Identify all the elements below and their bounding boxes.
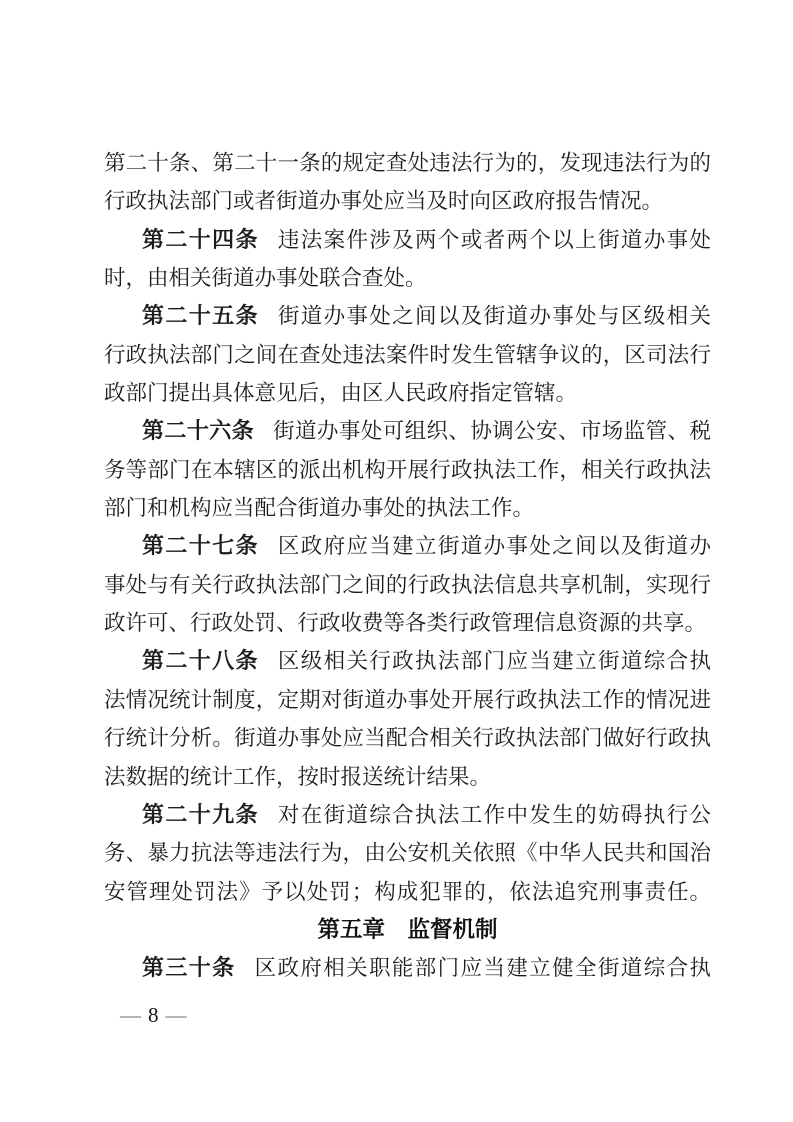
text-line: 第二十五条街道办事处之间以及街道办事处与区级相关 bbox=[104, 297, 711, 335]
line-text: 时，由相关街道办事处联合查处。 bbox=[104, 266, 427, 290]
chapter-heading-text: 第五章 监督机制 bbox=[317, 917, 497, 942]
line-text: 违法案件涉及两个或者两个以上街道办事处 bbox=[278, 228, 711, 252]
line-text: 街道办事处之间以及街道办事处与区级相关 bbox=[278, 304, 711, 328]
article-number: 第二十五条 bbox=[142, 303, 259, 328]
line-text: 区级相关行政执法部门应当建立街道综合执 bbox=[278, 649, 711, 673]
text-line: 事处与有关行政执法部门之间的行政执法信息共享机制，实现行 bbox=[104, 566, 711, 604]
footer-dash-right: — bbox=[166, 1003, 187, 1027]
page-number: 8 bbox=[148, 1003, 159, 1027]
text-line: 行政执法部门或者街道办事处应当及时向区政府报告情况。 bbox=[104, 182, 711, 220]
text-line: 安管理处罚法》予以处罚；构成犯罪的，依法追究刑事责任。 bbox=[104, 873, 711, 911]
line-text: 事处与有关行政执法部门之间的行政执法信息共享机制，实现行 bbox=[104, 573, 711, 597]
footer-dash-left: — bbox=[120, 1003, 141, 1027]
text-line: 第二十四条违法案件涉及两个或者两个以上街道办事处 bbox=[104, 221, 711, 259]
chapter-heading: 第五章 监督机制 bbox=[104, 911, 711, 949]
line-text: 行政执法部门之间在查处违法案件时发生管辖争议的，区司法行 bbox=[104, 343, 711, 367]
article-number: 第二十七条 bbox=[142, 533, 259, 558]
article-number: 第二十八条 bbox=[142, 648, 259, 673]
text-line: 第二十六条街道办事处可组织、协调公安、市场监管、税 bbox=[104, 412, 711, 450]
article-number: 第二十九条 bbox=[142, 802, 259, 827]
line-text: 法数据的统计工作，按时报送统计结果。 bbox=[104, 765, 491, 789]
line-text: 第二十条、第二十一条的规定查处违法行为的，发现违法行为的 bbox=[104, 151, 711, 175]
line-text: 区政府应当建立街道办事处之间以及街道办 bbox=[278, 534, 711, 558]
text-line: 务、暴力抗法等违法行为，由公安机关依照《中华人民共和国治 bbox=[104, 834, 711, 872]
text-line: 第二十八条区级相关行政执法部门应当建立街道综合执 bbox=[104, 642, 711, 680]
text-line: 部门和机构应当配合街道办事处的执法工作。 bbox=[104, 489, 711, 527]
line-text: 街道办事处可组织、协调公安、市场监管、税 bbox=[273, 419, 711, 443]
text-line: 第二十九条对在街道综合执法工作中发生的妨碍执行公 bbox=[104, 796, 711, 834]
page-footer: —8— bbox=[120, 1000, 187, 1030]
document-body: 第二十条、第二十一条的规定查处违法行为的，发现违法行为的行政执法部门或者街道办事… bbox=[104, 144, 711, 988]
line-text: 安管理处罚法》予以处罚；构成犯罪的，依法追究刑事责任。 bbox=[104, 880, 711, 904]
line-text: 行政执法部门或者街道办事处应当及时向区政府报告情况。 bbox=[104, 189, 663, 213]
line-text: 行统计分析。街道办事处应当配合相关行政执法部门做好行政执 bbox=[104, 726, 711, 750]
article-number: 第三十条 bbox=[142, 955, 236, 980]
line-text: 政许可、行政处罚、行政收费等各类行政管理信息资源的共享。 bbox=[104, 611, 706, 635]
text-line: 政许可、行政处罚、行政收费等各类行政管理信息资源的共享。 bbox=[104, 604, 711, 642]
line-text: 政部门提出具体意见后，由区人民政府指定管辖。 bbox=[104, 381, 577, 405]
text-line: 行政执法部门之间在查处违法案件时发生管辖争议的，区司法行 bbox=[104, 336, 711, 374]
text-line: 时，由相关街道办事处联合查处。 bbox=[104, 259, 711, 297]
text-line: 第二十条、第二十一条的规定查处违法行为的，发现违法行为的 bbox=[104, 144, 711, 182]
text-line: 法数据的统计工作，按时报送统计结果。 bbox=[104, 758, 711, 796]
line-text: 务、暴力抗法等违法行为，由公安机关依照《中华人民共和国治 bbox=[104, 841, 711, 865]
article-number: 第二十六条 bbox=[142, 418, 254, 443]
article-number: 第二十四条 bbox=[142, 227, 259, 252]
line-text: 部门和机构应当配合街道办事处的执法工作。 bbox=[104, 496, 534, 520]
line-text: 对在街道综合执法工作中发生的妨碍执行公 bbox=[278, 803, 711, 827]
line-text: 区政府相关职能部门应当建立健全街道综合执 bbox=[255, 956, 711, 980]
text-line: 第二十七条区政府应当建立街道办事处之间以及街道办 bbox=[104, 527, 711, 565]
line-text: 法情况统计制度，定期对街道办事处开展行政执法工作的情况进 bbox=[104, 688, 711, 712]
text-line: 法情况统计制度，定期对街道办事处开展行政执法工作的情况进 bbox=[104, 681, 711, 719]
text-line: 政部门提出具体意见后，由区人民政府指定管辖。 bbox=[104, 374, 711, 412]
document-page: 第二十条、第二十一条的规定查处违法行为的，发现违法行为的行政执法部门或者街道办事… bbox=[0, 0, 793, 1122]
text-line: 务等部门在本辖区的派出机构开展行政执法工作，相关行政执法 bbox=[104, 451, 711, 489]
text-line: 第三十条区政府相关职能部门应当建立健全街道综合执 bbox=[104, 949, 711, 987]
line-text: 务等部门在本辖区的派出机构开展行政执法工作，相关行政执法 bbox=[104, 458, 711, 482]
text-line: 行统计分析。街道办事处应当配合相关行政执法部门做好行政执 bbox=[104, 719, 711, 757]
